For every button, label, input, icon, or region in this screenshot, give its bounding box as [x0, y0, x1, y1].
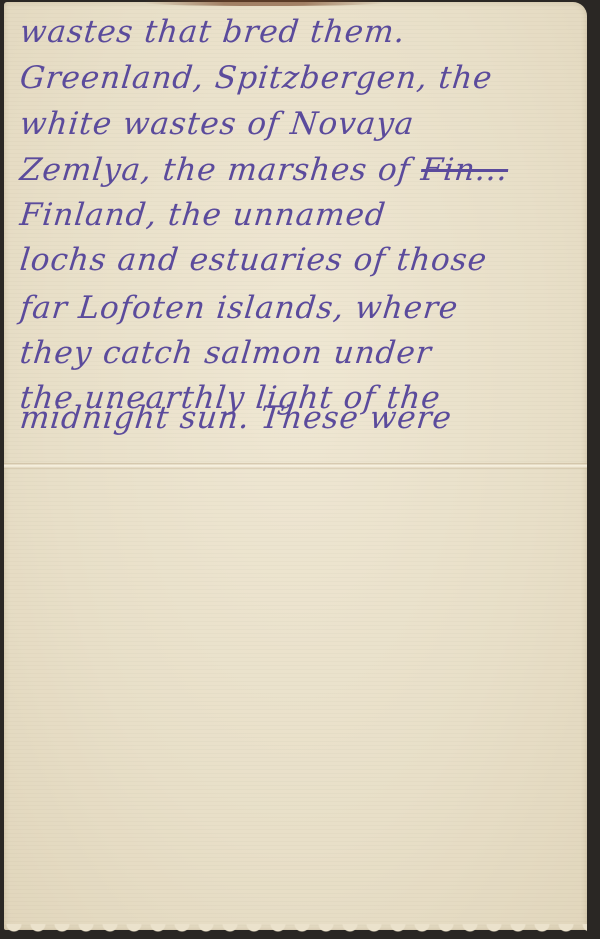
text-line: wastes that bred them.: [18, 14, 407, 50]
text-line: Zemlya, the marshes of Fin...: [18, 152, 510, 188]
struck-out-word: Fin...: [419, 152, 510, 188]
text-line: Greenland, Spitzbergen, the: [18, 60, 494, 96]
text-line: midnight sun. These were: [18, 400, 454, 436]
paper-fold-crease: [4, 463, 587, 469]
letter-page: wastes that bred them. Greenland, Spitzb…: [4, 2, 587, 930]
text-line: white wastes of Novaya: [18, 106, 416, 142]
text-line: Finland, the unnamed: [18, 197, 388, 233]
text-line: far Lofoten islands, where: [18, 290, 460, 326]
text-line: they catch salmon under: [18, 335, 434, 371]
text-segment: Zemlya, the marshes of: [18, 152, 412, 188]
paper-stain: [144, 0, 384, 6]
torn-bottom-edge: [4, 924, 587, 934]
text-line: lochs and estuaries of those: [18, 242, 489, 278]
